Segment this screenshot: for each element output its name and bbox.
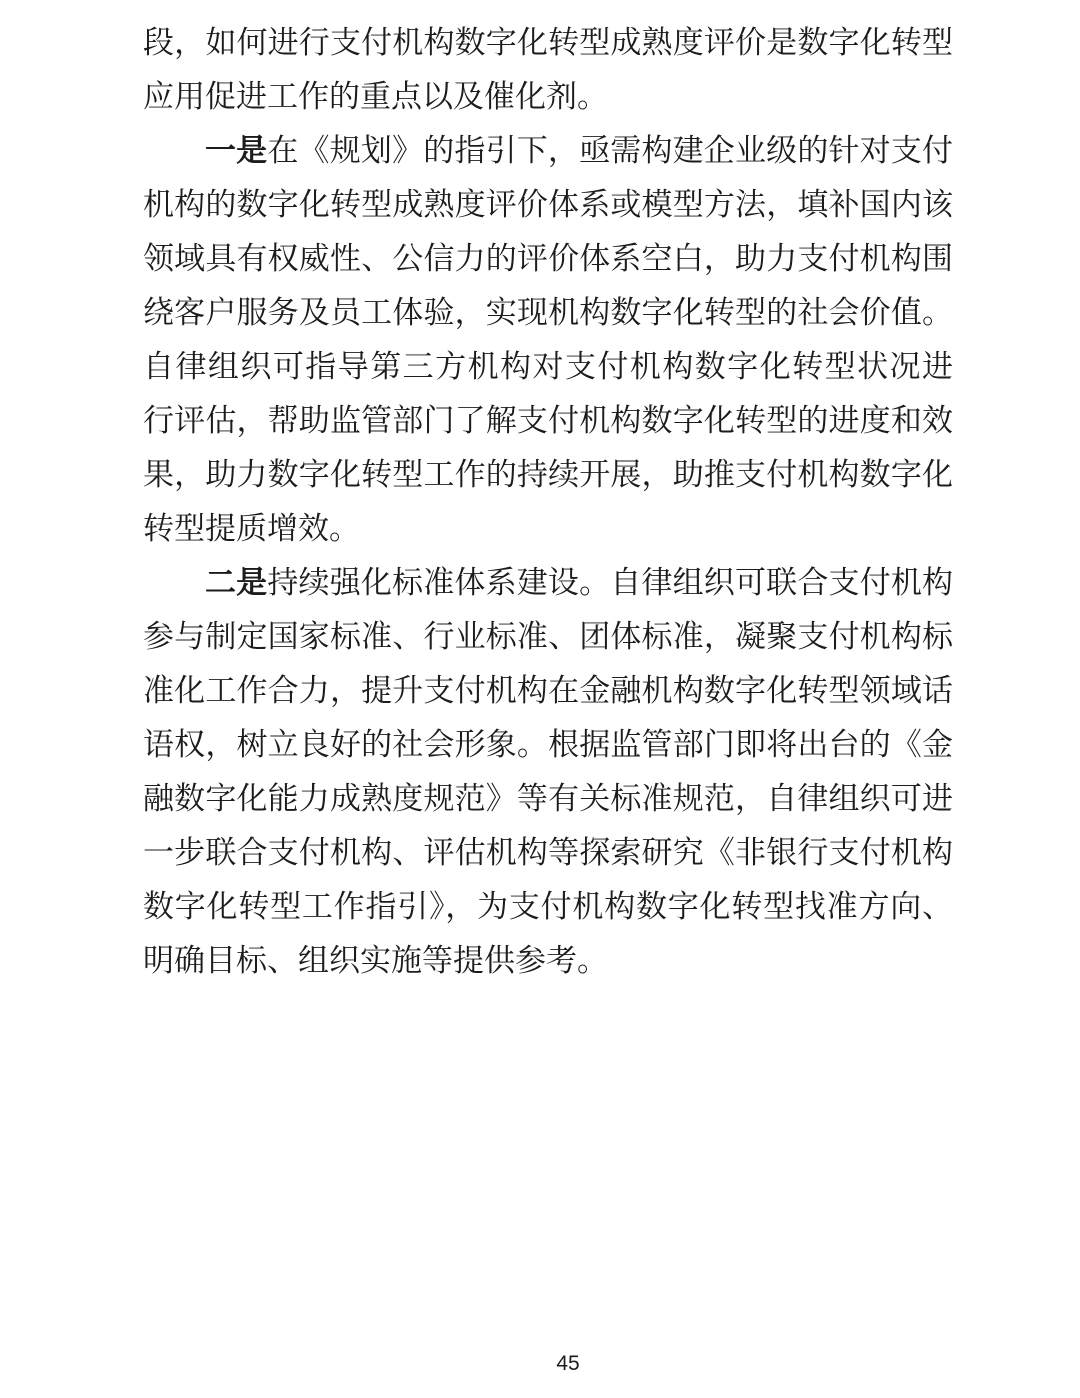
document-body: 段，如何进行支付机构数字化转型成熟度评价是数字化转型应用促进工作的重点以及催化剂…: [143, 16, 953, 988]
text-line: 融数字化能力成熟度规范》等有关标准规范，自律组织可进: [143, 772, 953, 826]
text-line: 一是在《规划》的指引下，亟需构建企业级的针对支付: [143, 124, 953, 178]
paragraph-lead: 一是: [205, 133, 267, 168]
document-page: 段，如何进行支付机构数字化转型成熟度评价是数字化转型应用促进工作的重点以及催化剂…: [0, 0, 1080, 1398]
page-number: 45: [556, 1352, 579, 1376]
text-line: 数字化转型工作指引》，为支付机构数字化转型找准方向、: [143, 880, 953, 934]
text-line: 领域具有权威性、公信力的评价体系空白，助力支付机构围: [143, 232, 953, 286]
text-line: 绕客户服务及员工体验，实现机构数字化转型的社会价值。: [143, 286, 953, 340]
text-line: 行评估，帮助监管部门了解支付机构数字化转型的进度和效: [143, 394, 953, 448]
text-line: 应用促进工作的重点以及催化剂。: [143, 70, 953, 124]
text-line: 果，助力数字化转型工作的持续开展，助推支付机构数字化: [143, 448, 953, 502]
text-line: 语权，树立良好的社会形象。根据监管部门即将出台的《金: [143, 718, 953, 772]
text-line: 明确目标、组织实施等提供参考。: [143, 934, 953, 988]
text-line: 段，如何进行支付机构数字化转型成熟度评价是数字化转型: [143, 16, 953, 70]
text-line: 准化工作合力，提升支付机构在金融机构数字化转型领域话: [143, 664, 953, 718]
text-line: 转型提质增效。: [143, 502, 953, 556]
text-line: 二是持续强化标准体系建设。自律组织可联合支付机构: [143, 556, 953, 610]
text-line: 一步联合支付机构、评估机构等探索研究《非银行支付机构: [143, 826, 953, 880]
text-line: 参与制定国家标准、行业标准、团体标准，凝聚支付机构标: [143, 610, 953, 664]
text-line: 自律组织可指导第三方机构对支付机构数字化转型状况进: [143, 340, 953, 394]
paragraph-lead: 二是: [205, 565, 267, 600]
text-line: 机构的数字化转型成熟度评价体系或模型方法，填补国内该: [143, 178, 953, 232]
